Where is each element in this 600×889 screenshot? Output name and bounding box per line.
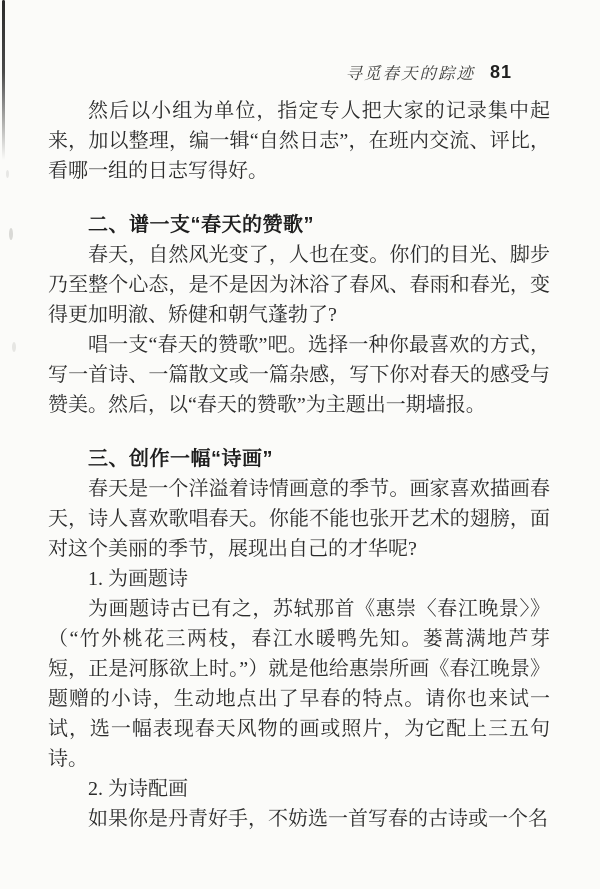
item-1-heading: 1. 为画题诗 <box>48 564 550 594</box>
section-2-paragraph-2: 唱一支“春天的赞歌”吧。选择一种你最喜欢的方式，写一首诗、一篇散文或一篇杂感，写… <box>48 330 550 420</box>
intro-paragraph: 然后以小组为单位，指定专人把大家的记录集中起来，加以整理，编一辑“自然日志”，在… <box>48 96 550 186</box>
section-2-heading: 二、谱一支“春天的赞歌” <box>48 210 550 240</box>
running-title: 寻觅春天的踪迹 <box>345 64 475 83</box>
scan-smudge <box>9 228 13 240</box>
item-2-heading: 2. 为诗配画 <box>48 774 550 804</box>
section-2-paragraph-1: 春天，自然风光变了，人也在变。你们的目光、脚步乃至整个心态，是不是因为沐浴了春风… <box>48 240 550 330</box>
page-header: 寻觅春天的踪迹81 <box>0 60 512 84</box>
item-2-paragraph: 如果你是丹青好手，不妨选一首写春的古诗或一个名 <box>48 804 550 834</box>
item-1-paragraph: 为画题诗古已有之，苏轼那首《惠崇〈春江晚景〉》（“竹外桃花三两枝，春江水暖鸭先知… <box>48 594 550 774</box>
section-3-paragraph-1: 春天是一个洋溢着诗情画意的季节。画家喜欢描画春天，诗人喜欢歌唱春天。你能不能也张… <box>48 474 550 564</box>
section-3-heading: 三、创作一幅“诗画” <box>48 444 550 474</box>
page-content: 然后以小组为单位，指定专人把大家的记录集中起来，加以整理，编一辑“自然日志”，在… <box>48 96 550 834</box>
scan-smudge <box>6 170 9 178</box>
book-page: 寻觅春天的踪迹81 然后以小组为单位，指定专人把大家的记录集中起来，加以整理，编… <box>0 0 600 889</box>
page-number: 81 <box>490 62 512 83</box>
scan-smudge <box>12 342 16 352</box>
